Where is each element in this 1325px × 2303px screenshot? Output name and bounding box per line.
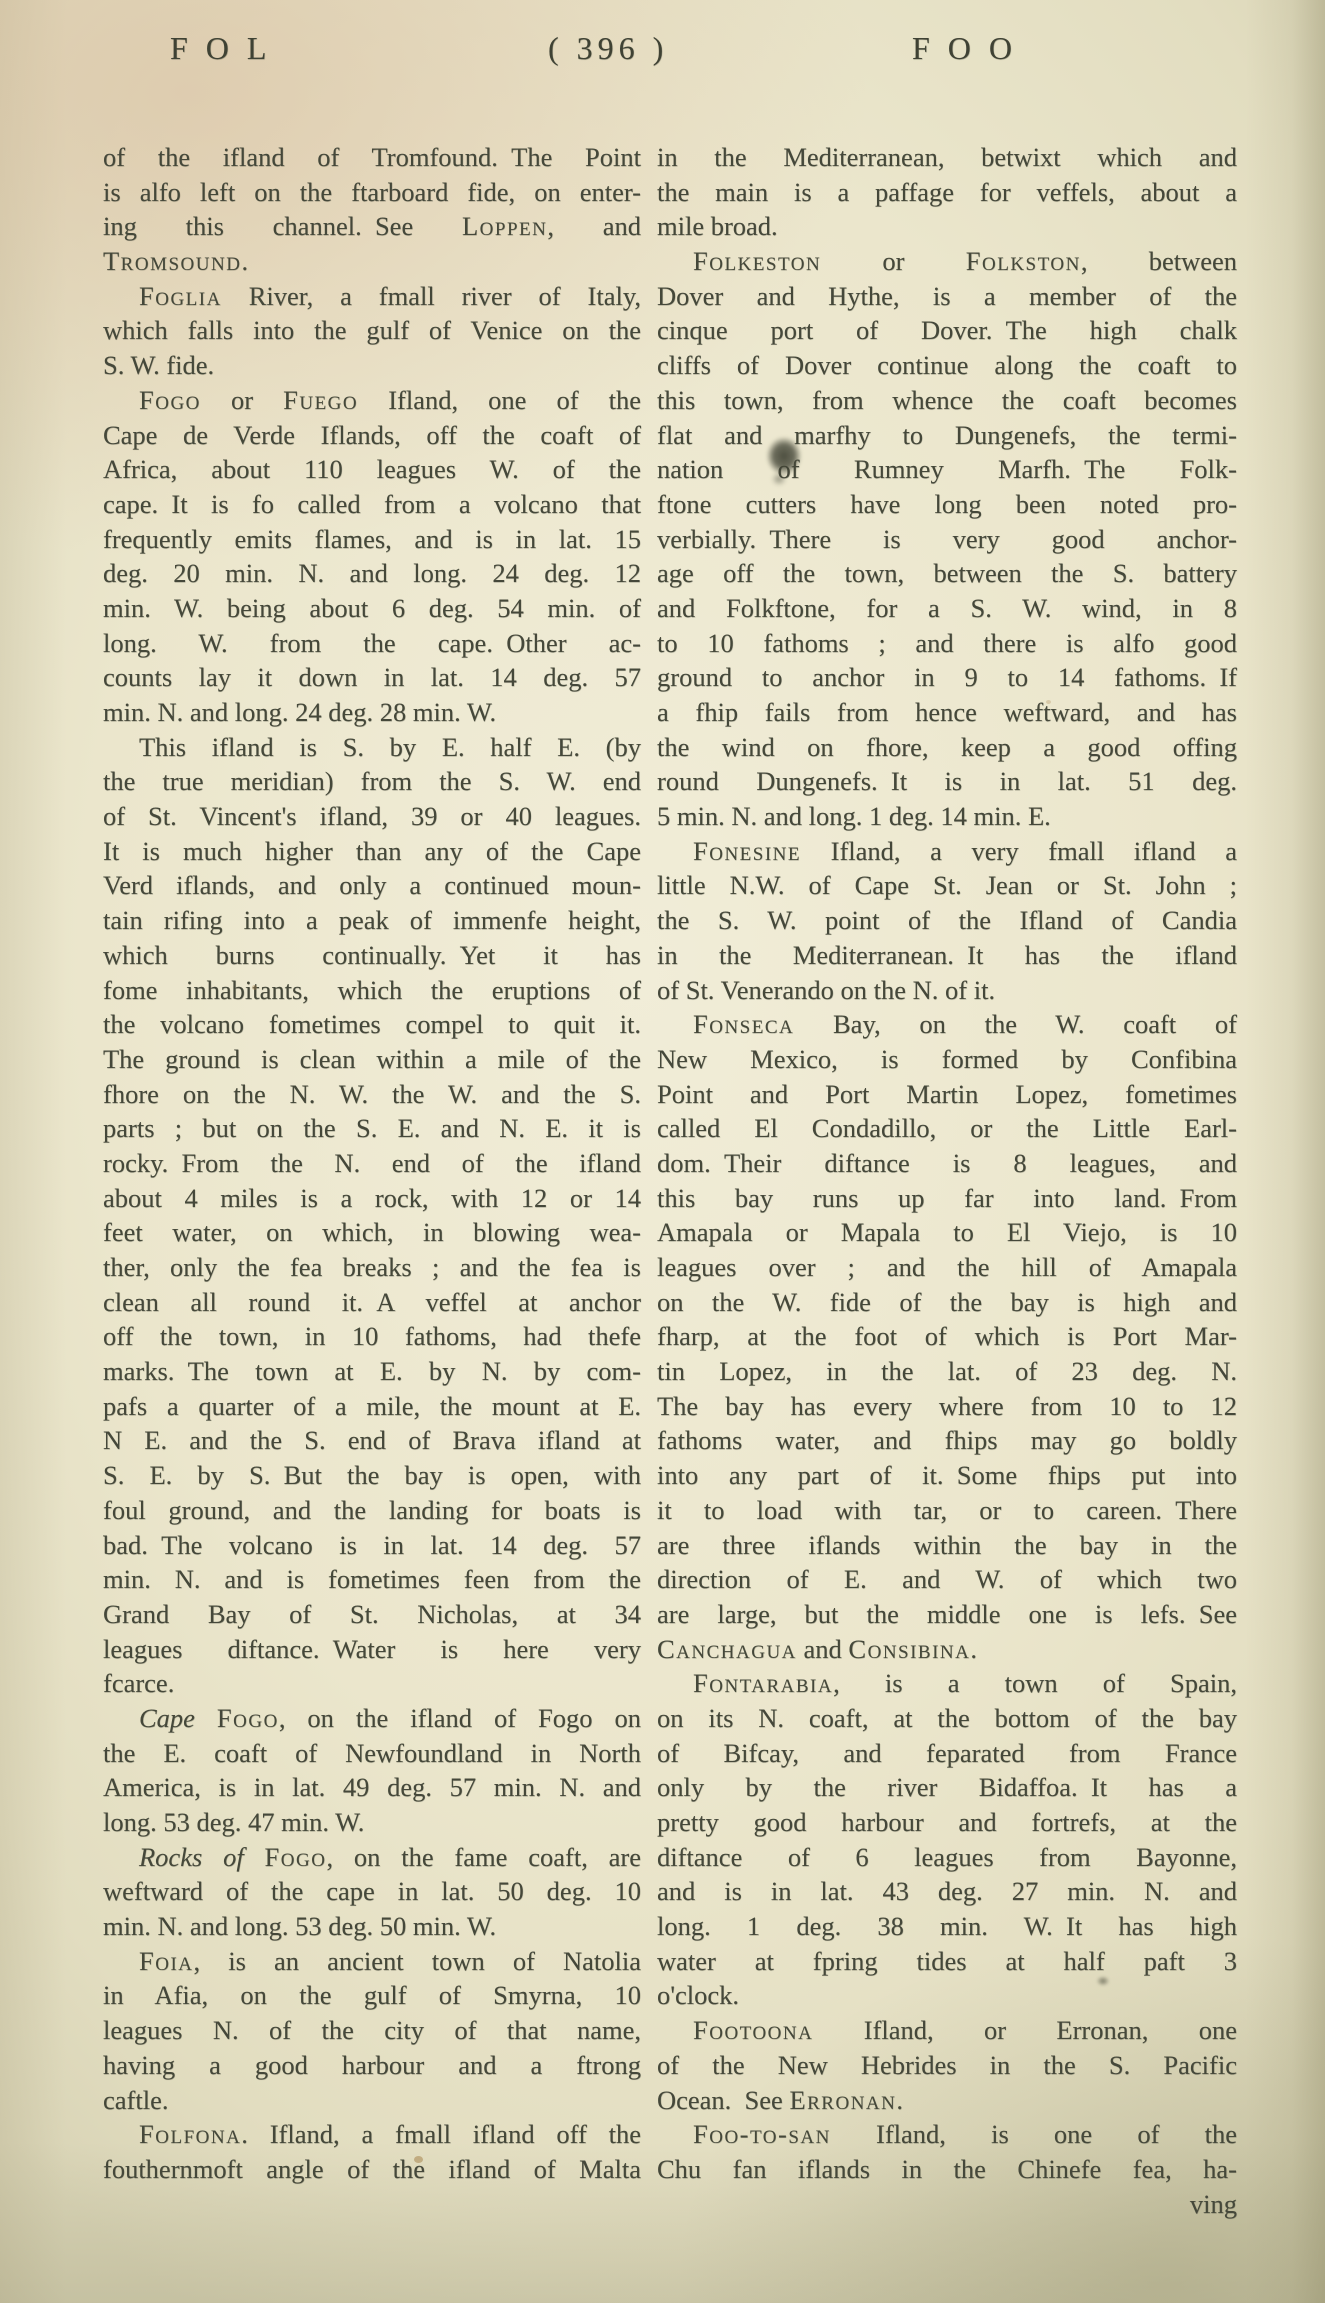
- text-line: clean all round it. A veffel at anchor: [103, 1285, 641, 1320]
- text-line: Fonesine Ifland, a very fmall ifland a: [657, 834, 1237, 869]
- text-line: Foglia River, a fmall river of Italy,: [103, 279, 641, 314]
- text-line: Chu fan iflands in the Chinefe fea, ha-: [657, 2152, 1237, 2187]
- text-line: Verd iflands, and only a continued moun-: [103, 868, 641, 903]
- text-line: Grand Bay of St. Nicholas, at 34: [103, 1597, 641, 1632]
- text-line: the main is a paffage for veffels, about…: [657, 175, 1237, 210]
- text-line: Dover and Hythe, is a member of the: [657, 279, 1237, 314]
- text-line: Fontarabia, is a town of Spain,: [657, 1666, 1237, 1701]
- text-line: fathoms water, and fhips may go boldly: [657, 1423, 1237, 1458]
- text-line: mile broad.: [657, 209, 1237, 244]
- text-line: Rocks of Fogo, on the fame coaft, are: [103, 1840, 641, 1875]
- text-line: age off the town, between the S. battery: [657, 556, 1237, 591]
- text-line: S. E. by S. But the bay is open, with: [103, 1458, 641, 1493]
- text-line: fome inhabitants, which the eruptions of: [103, 973, 641, 1008]
- text-line: fouthernmoft angle of the ifland of Malt…: [103, 2152, 641, 2187]
- text-line: of St. Vincent's ifland, 39 or 40 league…: [103, 799, 641, 834]
- text-line: Point and Port Martin Lopez, fometimes: [657, 1077, 1237, 1112]
- text-line: Ocean. See Erronan.: [657, 2083, 1237, 2118]
- text-line: marks. The town at E. by N. by com-: [103, 1354, 641, 1389]
- text-line: fharp, at the foot of which is Port Mar-: [657, 1319, 1237, 1354]
- text-line: o'clock.: [657, 1978, 1237, 2013]
- text-line: weftward of the cape in lat. 50 deg. 10: [103, 1874, 641, 1909]
- page-header: F O L ( 396 ) F O O: [0, 30, 1325, 86]
- text-line: of St. Venerando on the N. of it.: [657, 973, 1237, 1008]
- text-line: America, is in lat. 49 deg. 57 min. N. a…: [103, 1770, 641, 1805]
- text-line: the wind on fhore, keep a good offing: [657, 730, 1237, 765]
- text-column-left: of the ifland of Tromfound. The Pointis …: [103, 140, 641, 2187]
- text-line: of the New Hebrides in the S. Pacific: [657, 2048, 1237, 2083]
- text-line: Foo-to-san Ifland, is one of the: [657, 2117, 1237, 2152]
- text-line: pretty good harbour and fortrefs, at the: [657, 1805, 1237, 1840]
- text-line: on its N. coaft, at the bottom of the ba…: [657, 1701, 1237, 1736]
- text-line: Tromsound.: [103, 244, 641, 279]
- text-line: long. W. from the cape. Other ac-: [103, 626, 641, 661]
- text-line: off the town, in 10 fathoms, had thefe: [103, 1319, 641, 1354]
- text-line: Folfona. Ifland, a fmall ifland off the: [103, 2117, 641, 2152]
- text-line: fhore on the N. W. the W. and the S.: [103, 1077, 641, 1112]
- text-line: ing this channel. See Loppen, and: [103, 209, 641, 244]
- text-line: into any part of it. Some fhips put into: [657, 1458, 1237, 1493]
- running-title-right: F O O: [912, 30, 1017, 67]
- text-line: are large, but the middle one is lefs. S…: [657, 1597, 1237, 1632]
- page-number: ( 396 ): [548, 30, 668, 67]
- text-line: ftone cutters have long been noted pro-: [657, 487, 1237, 522]
- text-line: leagues diftance. Water is here very: [103, 1632, 641, 1667]
- text-line: round Dungenefs. It is in lat. 51 deg.: [657, 764, 1237, 799]
- text-line: Folkeston or Folkston, between: [657, 244, 1237, 279]
- text-line: tain rifing into a peak of immenfe heigh…: [103, 903, 641, 938]
- text-line: Amapala or Mapala to El Viejo, is 10: [657, 1215, 1237, 1250]
- text-line: nation of Rumney Marfh. The Folk-: [657, 452, 1237, 487]
- text-line: deg. 20 min. N. and long. 24 deg. 12: [103, 556, 641, 591]
- text-line: fcarce.: [103, 1666, 641, 1701]
- text-line: direction of E. and W. of which two: [657, 1562, 1237, 1597]
- text-line: rocky. From the N. end of the ifland: [103, 1146, 641, 1181]
- text-line: min. N. and is fometimes feen from the: [103, 1562, 641, 1597]
- text-line: S. W. fide.: [103, 348, 641, 383]
- text-line: N E. and the S. end of Brava ifland at: [103, 1423, 641, 1458]
- text-line: on the W. fide of the bay is high and: [657, 1285, 1237, 1320]
- text-line: is alfo left on the ftarboard fide, on e…: [103, 175, 641, 210]
- text-line: verbially. There is very good anchor-: [657, 522, 1237, 557]
- text-line: pafs a quarter of a mile, the mount at E…: [103, 1389, 641, 1424]
- text-line: The bay has every where from 10 to 12: [657, 1389, 1237, 1424]
- text-line: flat and marfhy to Dungenefs, the termi-: [657, 418, 1237, 453]
- text-line: cliffs of Dover continue along the coaft…: [657, 348, 1237, 383]
- text-line: the volcano fometimes compel to quit it.: [103, 1007, 641, 1042]
- text-line: and is in lat. 43 deg. 27 min. N. and: [657, 1874, 1237, 1909]
- text-line: min. W. being about 6 deg. 54 min. of: [103, 591, 641, 626]
- text-line: min. N. and long. 53 deg. 50 min. W.: [103, 1909, 641, 1944]
- catchword: ving: [657, 2187, 1237, 2222]
- text-line: counts lay it down in lat. 14 deg. 57: [103, 660, 641, 695]
- book-page: F O L ( 396 ) F O O of the ifland of Tro…: [0, 0, 1325, 2303]
- text-line: It is much higher than any of the Cape: [103, 834, 641, 869]
- text-line: Africa, about 110 leagues W. of the: [103, 452, 641, 487]
- text-line: foul ground, and the landing for boats i…: [103, 1493, 641, 1528]
- text-line: caftle.: [103, 2083, 641, 2118]
- text-line: 5 min. N. and long. 1 deg. 14 min. E.: [657, 799, 1237, 834]
- text-line: Fonseca Bay, on the W. coaft of: [657, 1007, 1237, 1042]
- text-line: Fogo or Fuego Ifland, one of the: [103, 383, 641, 418]
- text-column-right: in the Mediterranean, betwixt which andt…: [657, 140, 1237, 2221]
- text-line: Canchagua and Consibina.: [657, 1632, 1237, 1667]
- text-line: having a good harbour and a ftrong: [103, 2048, 641, 2083]
- text-line: frequently emits flames, and is in lat. …: [103, 522, 641, 557]
- text-line: which falls into the gulf of Venice on t…: [103, 313, 641, 348]
- text-line: tin Lopez, in the lat. of 23 deg. N.: [657, 1354, 1237, 1389]
- text-line: Footoona Ifland, or Erronan, one: [657, 2013, 1237, 2048]
- text-line: in Afia, on the gulf of Smyrna, 10: [103, 1978, 641, 2013]
- text-line: this bay runs up far into land. From: [657, 1181, 1237, 1216]
- text-line: cape. It is fo called from a volcano tha…: [103, 487, 641, 522]
- text-line: of Bifcay, and feparated from France: [657, 1736, 1237, 1771]
- text-line: little N.W. of Cape St. Jean or St. John…: [657, 868, 1237, 903]
- text-line: only by the river Bidaffoa. It has a: [657, 1770, 1237, 1805]
- text-line: Cape Fogo, on the ifland of Fogo on: [103, 1701, 641, 1736]
- text-line: dom. Their diftance is 8 leagues, and: [657, 1146, 1237, 1181]
- text-line: This ifland is S. by E. half E. (by: [103, 730, 641, 765]
- text-line: a fhip fails from hence weftward, and ha…: [657, 695, 1237, 730]
- text-line: long. 1 deg. 38 min. W. It has high: [657, 1909, 1237, 1944]
- text-line: feet water, on which, in blowing wea-: [103, 1215, 641, 1250]
- text-line: water at fpring tides at half paft 3: [657, 1944, 1237, 1979]
- text-line: cinque port of Dover. The high chalk: [657, 313, 1237, 348]
- text-line: The ground is clean within a mile of the: [103, 1042, 641, 1077]
- running-title-left: F O L: [170, 30, 271, 67]
- text-line: the E. coaft of Newfoundland in North: [103, 1736, 641, 1771]
- text-line: Foia, is an ancient town of Natolia: [103, 1944, 641, 1979]
- text-line: bad. The volcano is in lat. 14 deg. 57: [103, 1528, 641, 1563]
- text-line: and Folkftone, for a S. W. wind, in 8: [657, 591, 1237, 626]
- text-line: ground to anchor in 9 to 14 fathoms. If: [657, 660, 1237, 695]
- text-line: this town, from whence the coaft becomes: [657, 383, 1237, 418]
- text-line: diftance of 6 leagues from Bayonne,: [657, 1840, 1237, 1875]
- text-line: are three iflands within the bay in the: [657, 1528, 1237, 1563]
- text-line: it to load with tar, or to careen. There: [657, 1493, 1237, 1528]
- text-line: Cape de Verde Iflands, off the coaft of: [103, 418, 641, 453]
- text-line: in the Mediterranean, betwixt which and: [657, 140, 1237, 175]
- text-line: in the Mediterranean. It has the ifland: [657, 938, 1237, 973]
- text-line: the true meridian) from the S. W. end: [103, 764, 641, 799]
- text-line: the S. W. point of the Ifland of Candia: [657, 903, 1237, 938]
- text-line: about 4 miles is a rock, with 12 or 14: [103, 1181, 641, 1216]
- text-line: parts ; but on the S. E. and N. E. it is: [103, 1111, 641, 1146]
- text-line: leagues over ; and the hill of Amapala: [657, 1250, 1237, 1285]
- text-line: of the ifland of Tromfound. The Point: [103, 140, 641, 175]
- text-line: min. N. and long. 24 deg. 28 min. W.: [103, 695, 641, 730]
- text-line: New Mexico, is formed by Confibina: [657, 1042, 1237, 1077]
- text-line: ther, only the fea breaks ; and the fea …: [103, 1250, 641, 1285]
- text-line: long. 53 deg. 47 min. W.: [103, 1805, 641, 1840]
- text-line: called El Condadillo, or the Little Earl…: [657, 1111, 1237, 1146]
- text-line: to 10 fathoms ; and there is alfo good: [657, 626, 1237, 661]
- text-line: which burns continually. Yet it has: [103, 938, 641, 973]
- text-line: leagues N. of the city of that name,: [103, 2013, 641, 2048]
